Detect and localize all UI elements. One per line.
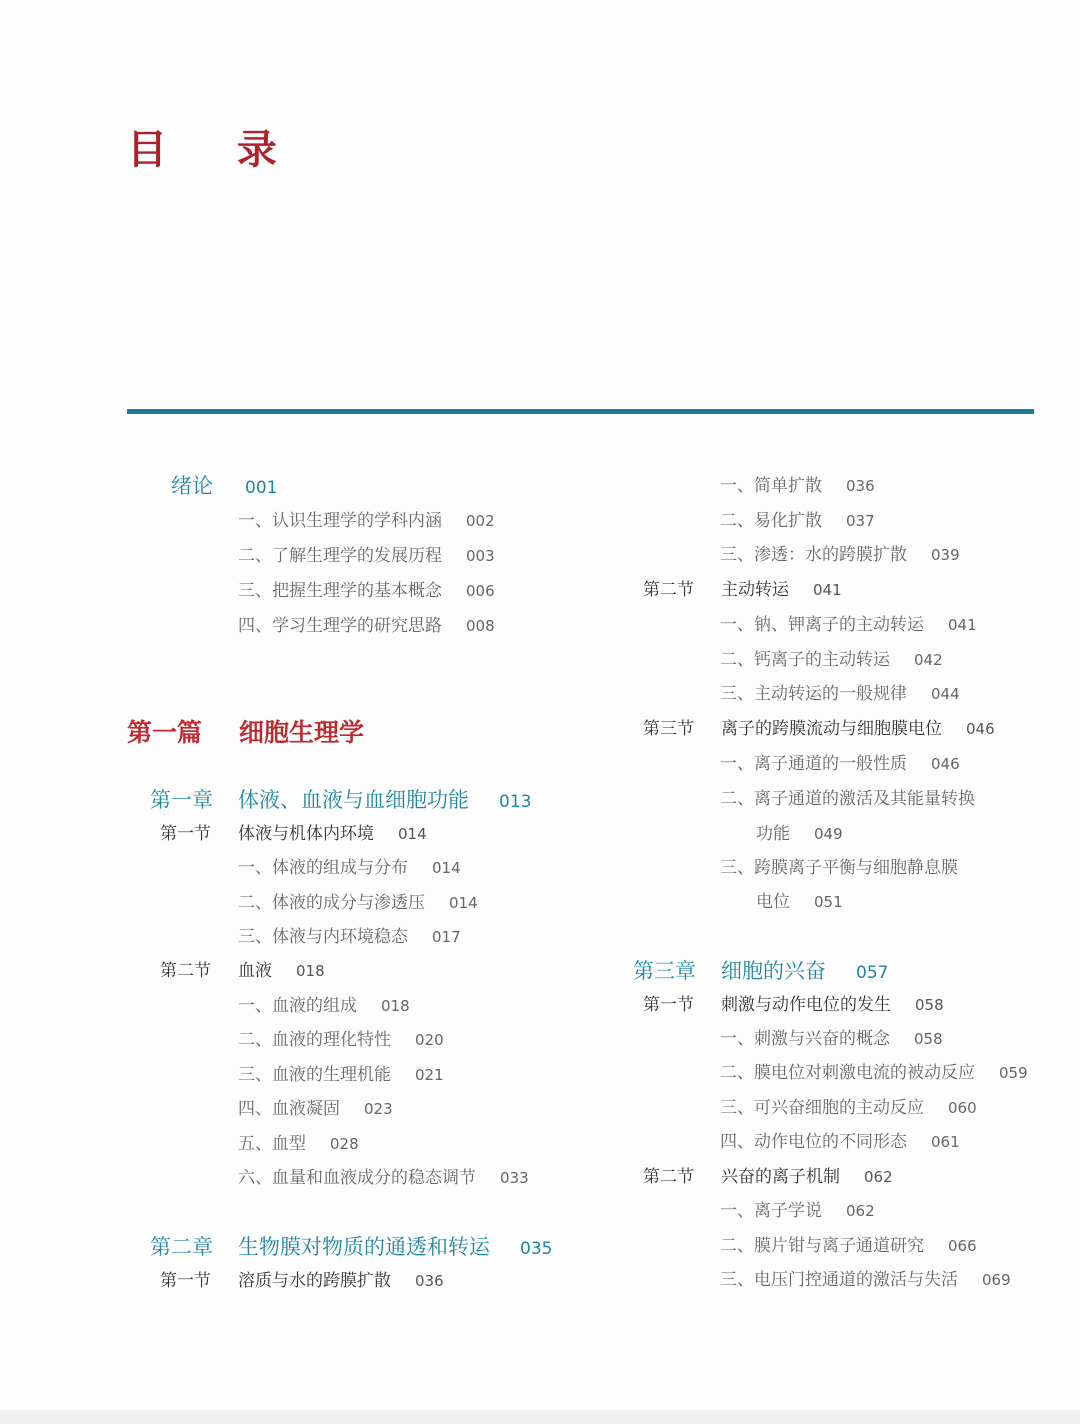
toc-chapter[interactable]: 第一章体液、血液与血细胞功能013 xyxy=(150,784,531,814)
toc-item[interactable]: 一、认识生理学的学科内涵002 xyxy=(238,506,495,531)
toc-item[interactable]: 一、离子学说062 xyxy=(720,1196,875,1221)
toc-section[interactable]: 第一节体液与机体内环境014 xyxy=(160,819,427,844)
toc-item[interactable]: 五、血型028 xyxy=(238,1129,359,1154)
toc-section[interactable]: 第一节溶质与水的跨膜扩散036 xyxy=(160,1266,444,1291)
toc-item[interactable]: 一、体液的组成与分布014 xyxy=(238,853,461,878)
toc-item[interactable]: 一、刺激与兴奋的概念058 xyxy=(720,1024,943,1049)
toc-section[interactable]: 第二节兴奋的离子机制062 xyxy=(643,1162,893,1187)
toc-item[interactable]: 一、简单扩散036 xyxy=(720,471,875,496)
toc-item[interactable]: 二、膜片钳与离子通道研究066 xyxy=(720,1231,977,1256)
toc-item[interactable]: 四、动作电位的不同形态061 xyxy=(720,1127,960,1152)
toc-item[interactable]: 三、血液的生理机能021 xyxy=(238,1060,444,1085)
toc-item[interactable]: 二、钙离子的主动转运042 xyxy=(720,645,943,670)
toc-part[interactable]: 第一篇细胞生理学 xyxy=(127,713,364,749)
toc-item[interactable]: 四、血液凝固023 xyxy=(238,1094,393,1119)
toc-item[interactable]: 二、易化扩散037 xyxy=(720,506,875,531)
toc-item[interactable]: 三、体液与内环境稳态017 xyxy=(238,922,461,947)
toc-item[interactable]: 一、离子通道的一般性质046 xyxy=(720,749,960,774)
toc-section[interactable]: 第二节血液018 xyxy=(160,956,325,981)
toc-item[interactable]: 一、钠、钾离子的主动转运041 xyxy=(720,610,977,635)
toc-chapter[interactable]: 第二章生物膜对物质的通透和转运035 xyxy=(150,1231,552,1261)
toc-intro[interactable]: 绪论001 xyxy=(171,470,277,500)
toc-item[interactable]: 三、跨膜离子平衡与细胞静息膜 xyxy=(720,853,958,878)
toc-item[interactable]: 一、血液的组成018 xyxy=(238,991,410,1016)
toc-item[interactable]: 三、电压门控通道的激活与失活069 xyxy=(720,1265,1011,1290)
toc-item[interactable]: 三、主动转运的一般规律044 xyxy=(720,679,960,704)
toc-item-continued[interactable]: 电位051 xyxy=(756,887,843,912)
toc-item[interactable]: 六、血量和血液成分的稳态调节033 xyxy=(238,1163,529,1188)
toc-item[interactable]: 三、把握生理学的基本概念006 xyxy=(238,576,495,601)
part-title: 细胞生理学 xyxy=(239,718,364,747)
toc-item[interactable]: 二、离子通道的激活及其能量转换 xyxy=(720,784,975,809)
intro-label: 绪论 xyxy=(171,470,245,500)
page-number: 001 xyxy=(245,478,277,498)
page-title: 目 录 xyxy=(127,118,305,175)
toc-item[interactable]: 二、膜电位对刺激电流的被动反应059 xyxy=(720,1058,1028,1083)
toc-section[interactable]: 第三节离子的跨膜流动与细胞膜电位046 xyxy=(643,714,995,739)
toc-item[interactable]: 二、了解生理学的发展历程003 xyxy=(238,541,495,566)
toc-item-continued[interactable]: 功能049 xyxy=(756,819,843,844)
toc-item[interactable]: 二、体液的成分与渗透压014 xyxy=(238,888,478,913)
toc-section[interactable]: 第二节主动转运041 xyxy=(643,575,842,600)
part-label: 第一篇 xyxy=(127,713,239,749)
toc-item[interactable]: 三、渗透：水的跨膜扩散039 xyxy=(720,540,960,565)
toc-item[interactable]: 二、血液的理化特性020 xyxy=(238,1025,444,1050)
toc-chapter[interactable]: 第三章细胞的兴奋057 xyxy=(633,955,888,985)
toc-item[interactable]: 三、可兴奋细胞的主动反应060 xyxy=(720,1093,977,1118)
toc-section[interactable]: 第一节刺激与动作电位的发生058 xyxy=(643,990,944,1015)
page-edge xyxy=(0,1410,1080,1424)
divider-rule xyxy=(127,409,1034,414)
toc-item[interactable]: 四、学习生理学的研究思路008 xyxy=(238,611,495,636)
